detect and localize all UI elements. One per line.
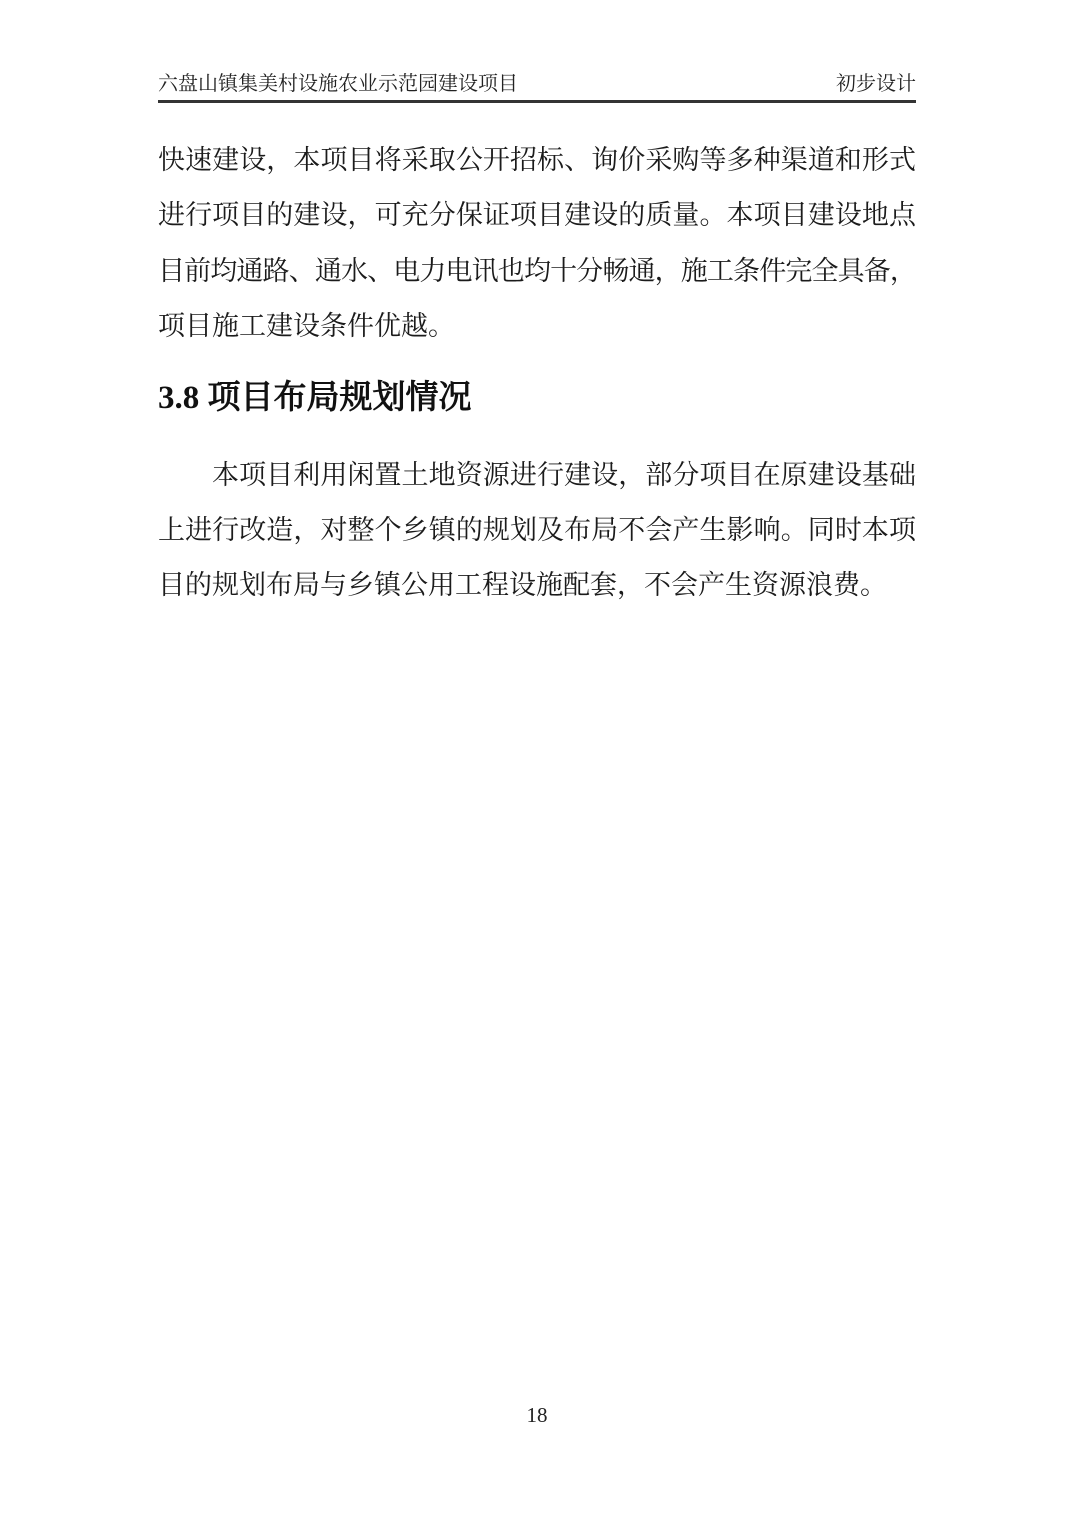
page-footer: 18 xyxy=(0,1403,1074,1428)
page-number: 18 xyxy=(527,1403,548,1427)
paragraph-construction-conditions: 快速建设，本项目将采取公开招标、询价采购等多种渠道和形式 进行项目的建设，可充分… xyxy=(158,133,916,355)
text-line: 目前均通路、通水、电力电讯也均十分畅通，施工条件完全具备， xyxy=(158,244,916,299)
text-line: 本项目利用闲置土地资源进行建设，部分项目在原建设基础 xyxy=(158,448,916,503)
page-header: 六盘山镇集美村设施农业示范园建设项目 初步设计 xyxy=(158,72,916,103)
document-page: 六盘山镇集美村设施农业示范园建设项目 初步设计 快速建设，本项目将采取公开招标、… xyxy=(0,0,1074,1520)
section-heading-3-8: 3.8 项目布局规划情况 xyxy=(158,373,916,423)
header-doc-stage-label: 初步设计 xyxy=(836,72,916,96)
text-line: 目的规划布局与乡镇公用工程设施配套，不会产生资源浪费。 xyxy=(158,558,916,613)
text-line: 快速建设，本项目将采取公开招标、询价采购等多种渠道和形式 xyxy=(158,133,916,188)
text-line: 进行项目的建设，可充分保证项目建设的质量。本项目建设地点 xyxy=(158,188,916,243)
paragraph-layout-planning: 本项目利用闲置土地资源进行建设，部分项目在原建设基础 上进行改造，对整个乡镇的规… xyxy=(158,448,916,614)
text-line: 项目施工建设条件优越。 xyxy=(158,299,916,354)
header-project-title: 六盘山镇集美村设施农业示范园建设项目 xyxy=(158,72,518,96)
document-body: 快速建设，本项目将采取公开招标、询价采购等多种渠道和形式 进行项目的建设，可充分… xyxy=(158,133,916,614)
text-line: 上进行改造，对整个乡镇的规划及布局不会产生影响。同时本项 xyxy=(158,503,916,558)
